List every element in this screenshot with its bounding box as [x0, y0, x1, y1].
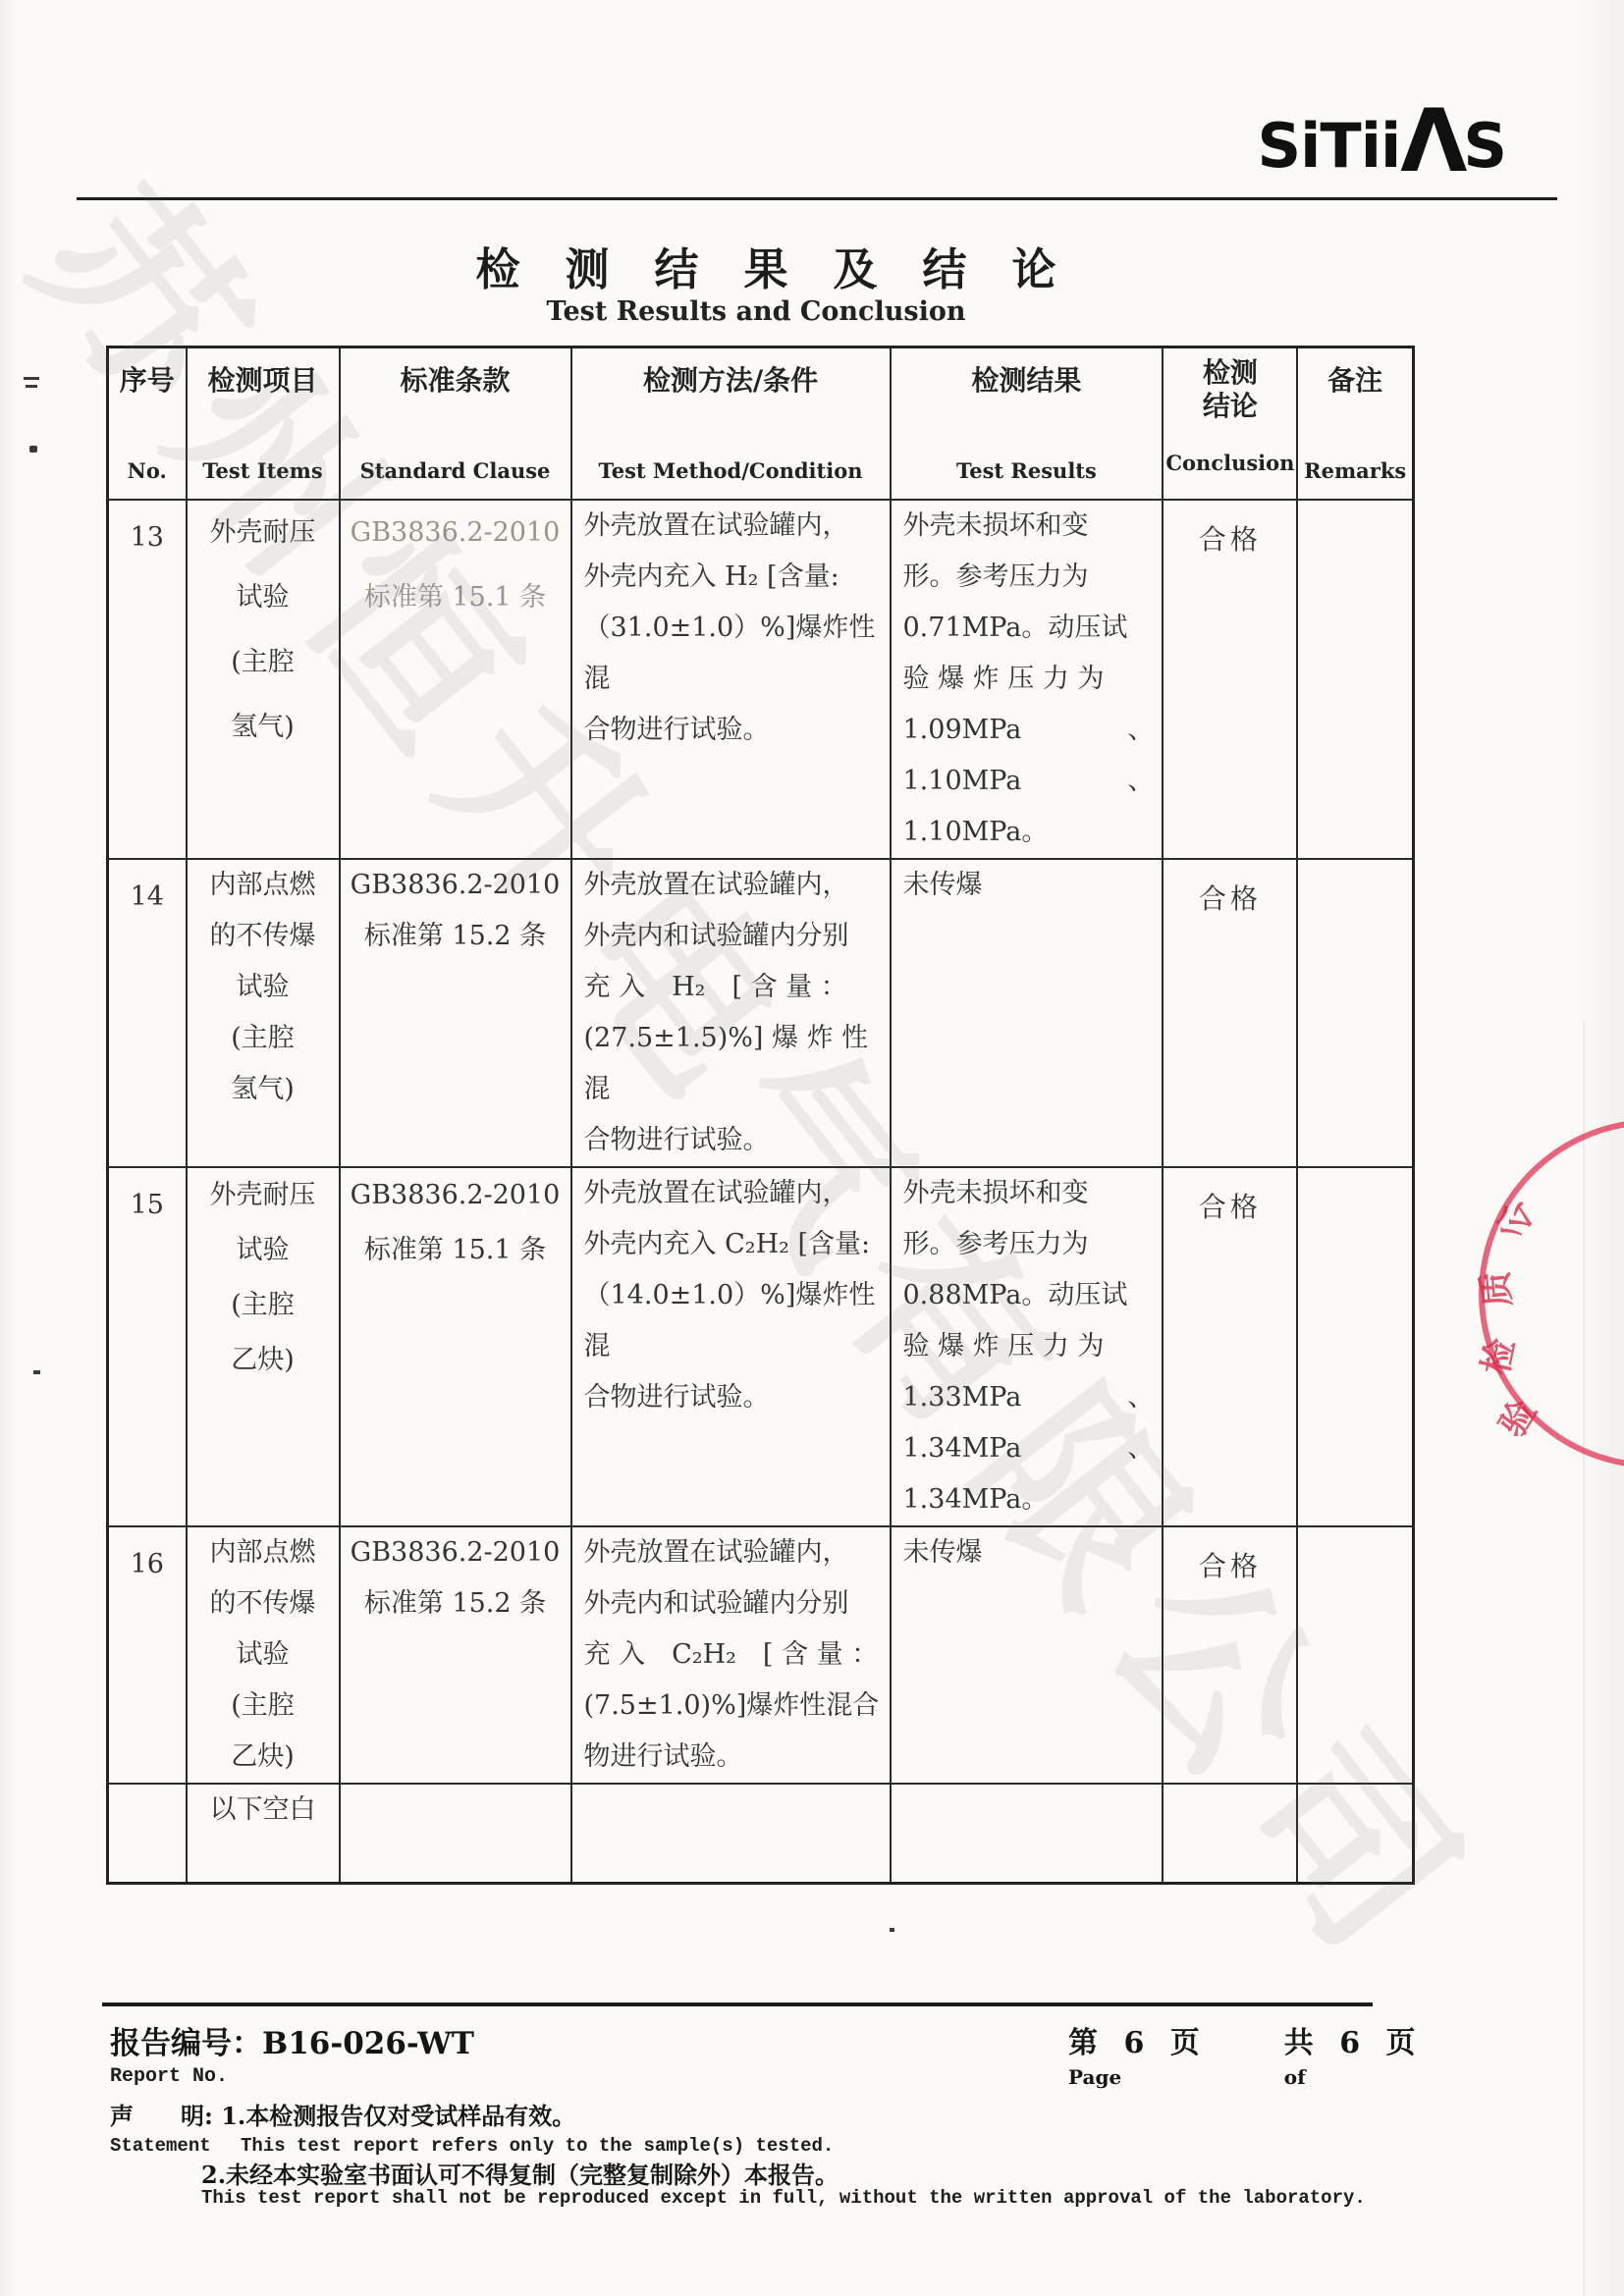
blankrow-method: [571, 1784, 891, 1883]
row15-method: 外壳放置在试验罐内， 外壳内充入 C₂H₂ [含量: （14.0±1.0）%]爆…: [571, 1167, 891, 1526]
table-row-13: 13 外壳耐压 试验 (主腔 氢气) GB3836.2-2010 标准第 15.…: [108, 500, 1414, 859]
row16-conclusion: 合格: [1163, 1526, 1297, 1784]
page-number-block: 第 6 页 Page 共 6 页 of: [1068, 2018, 1424, 2089]
row14-method: 外壳放置在试验罐内， 外壳内和试验罐内分别 充 入 H₂ [ 含 量 ： (27…: [571, 859, 891, 1167]
blankrow-conclusion: [1163, 1784, 1297, 1883]
scan-fold-line: [1583, 1021, 1585, 2296]
statement-line2-zh: 2.未经本实验室书面认可不得复制（完整复制除外）本报告。: [201, 2156, 839, 2190]
scan-artifact: [890, 1928, 894, 1932]
row13-no: 13: [108, 500, 187, 859]
header-test-items: 检测项目Test Items: [187, 347, 340, 501]
report-number-en-label: Report No.: [110, 2065, 228, 2088]
table-row-15: 15 外壳耐压 试验 (主腔 乙炔) GB3836.2-2010 标准第 15.…: [108, 1167, 1414, 1526]
logo-text: SiTii: [1258, 110, 1401, 182]
header-standard-clause: 标准条款Standard Clause: [340, 347, 571, 501]
row13-items: 外壳耐压 试验 (主腔 氢气): [187, 500, 340, 859]
footer-rule: [102, 2002, 1373, 2006]
scan-artifact: [26, 385, 37, 388]
document-page: SiTiiΛS 检测结果及结论 Test Results and Conclus…: [0, 0, 1624, 2296]
row16-remarks: [1297, 1526, 1413, 1784]
row16-no: 16: [108, 1526, 187, 1784]
table-row-blank: 以下空白: [108, 1784, 1414, 1883]
page-total: 共 6 页 of: [1284, 2018, 1424, 2089]
scan-artifact: [33, 1370, 40, 1374]
company-logo: SiTiiΛS: [1258, 86, 1508, 187]
row16-results: 未传爆: [891, 1526, 1164, 1784]
header-no: 序号No.: [108, 347, 187, 501]
row16-items: 内部点燃 的不传爆 试验 (主腔 乙炔): [187, 1526, 340, 1784]
row14-remarks: [1297, 859, 1413, 1167]
row15-items: 外壳耐压 试验 (主腔 乙炔): [187, 1167, 340, 1526]
row16-method: 外壳放置在试验罐内， 外壳内和试验罐内分别 充 入 C₂H₂ [ 含 量 ： (…: [571, 1526, 891, 1784]
test-results-table: 序号No. 检测项目Test Items 标准条款Standard Clause…: [106, 346, 1415, 1885]
row13-conclusion: 合格: [1163, 500, 1297, 859]
scan-artifact: [24, 377, 39, 380]
header-test-results: 检测结果Test Results: [891, 347, 1164, 501]
statement-line2-en: This test report shall not be reproduced…: [201, 2187, 1366, 2209]
row13-results: 外壳未损坏和变 形。参考压力为 0.71MPa。动压试 验 爆 炸 压 力 为 …: [891, 500, 1164, 859]
stamp-char: 公: [1482, 1194, 1542, 1247]
page-title-en: Test Results and Conclusion: [0, 296, 1512, 327]
row15-results: 外壳未损坏和变 形。参考压力为 0.88MPa。动压试 验 爆 炸 压 力 为 …: [891, 1167, 1164, 1526]
header-test-method: 检测方法/条件Test Method/Condition: [571, 347, 891, 501]
header-conclusion: 检测 结论Conclusion: [1163, 347, 1297, 501]
table-row-14: 14 内部点燃 的不传爆 试验 (主腔 氢气) GB3836.2-2010 标准…: [108, 859, 1414, 1167]
table-header-row: 序号No. 检测项目Test Items 标准条款Standard Clause…: [108, 347, 1414, 501]
header-rule: [77, 197, 1557, 200]
table-row-16: 16 内部点燃 的不传爆 试验 (主腔 乙炔) GB3836.2-2010 标准…: [108, 1526, 1414, 1784]
stamp-char: 检: [1468, 1334, 1524, 1379]
statement-line1-zh: 声 明: 1.本检测报告仅对受试样品有效。: [110, 2097, 575, 2131]
row14-clause: GB3836.2-2010 标准第 15.2 条: [340, 859, 571, 1167]
stamp-char: 质: [1468, 1269, 1521, 1308]
statement-line1-en: Statement This test report refers only t…: [110, 2130, 834, 2157]
row15-conclusion: 合格: [1163, 1167, 1297, 1526]
row15-clause: GB3836.2-2010 标准第 15.1 条: [340, 1167, 571, 1526]
report-number: 报告编号：B16-026-WT: [110, 2018, 474, 2062]
page-current: 第 6 页 Page: [1068, 2018, 1208, 2089]
scan-artifact: [29, 446, 37, 453]
stamp-circle-icon: [1479, 1119, 1624, 1468]
page-title-zh: 检测结果及结论: [0, 234, 1532, 297]
logo-letter-a: Λ: [1400, 90, 1463, 191]
stamp-char: 验: [1486, 1389, 1546, 1446]
row14-results: 未传爆: [891, 859, 1164, 1167]
logo-text-end: S: [1463, 110, 1508, 182]
row14-conclusion: 合格: [1163, 859, 1297, 1167]
row13-clause: GB3836.2-2010 标准第 15.1 条: [340, 500, 571, 859]
blankrow-results: [891, 1784, 1164, 1883]
row13-method: 外壳放置在试验罐内， 外壳内充入 H₂ [含量: （31.0±1.0）%]爆炸性…: [571, 500, 891, 859]
row15-remarks: [1297, 1167, 1413, 1526]
row15-no: 15: [108, 1167, 187, 1526]
blankrow-no: [108, 1784, 187, 1883]
row13-remarks: [1297, 500, 1413, 859]
blankrow-remarks: [1297, 1784, 1413, 1883]
row16-clause: GB3836.2-2010 标准第 15.2 条: [340, 1526, 571, 1784]
blankrow-clause: [340, 1784, 571, 1883]
blankrow-items: 以下空白: [187, 1784, 340, 1883]
header-remarks: 备注Remarks: [1297, 347, 1413, 501]
row14-items: 内部点燃 的不传爆 试验 (主腔 氢气): [187, 859, 340, 1167]
row14-no: 14: [108, 859, 187, 1167]
